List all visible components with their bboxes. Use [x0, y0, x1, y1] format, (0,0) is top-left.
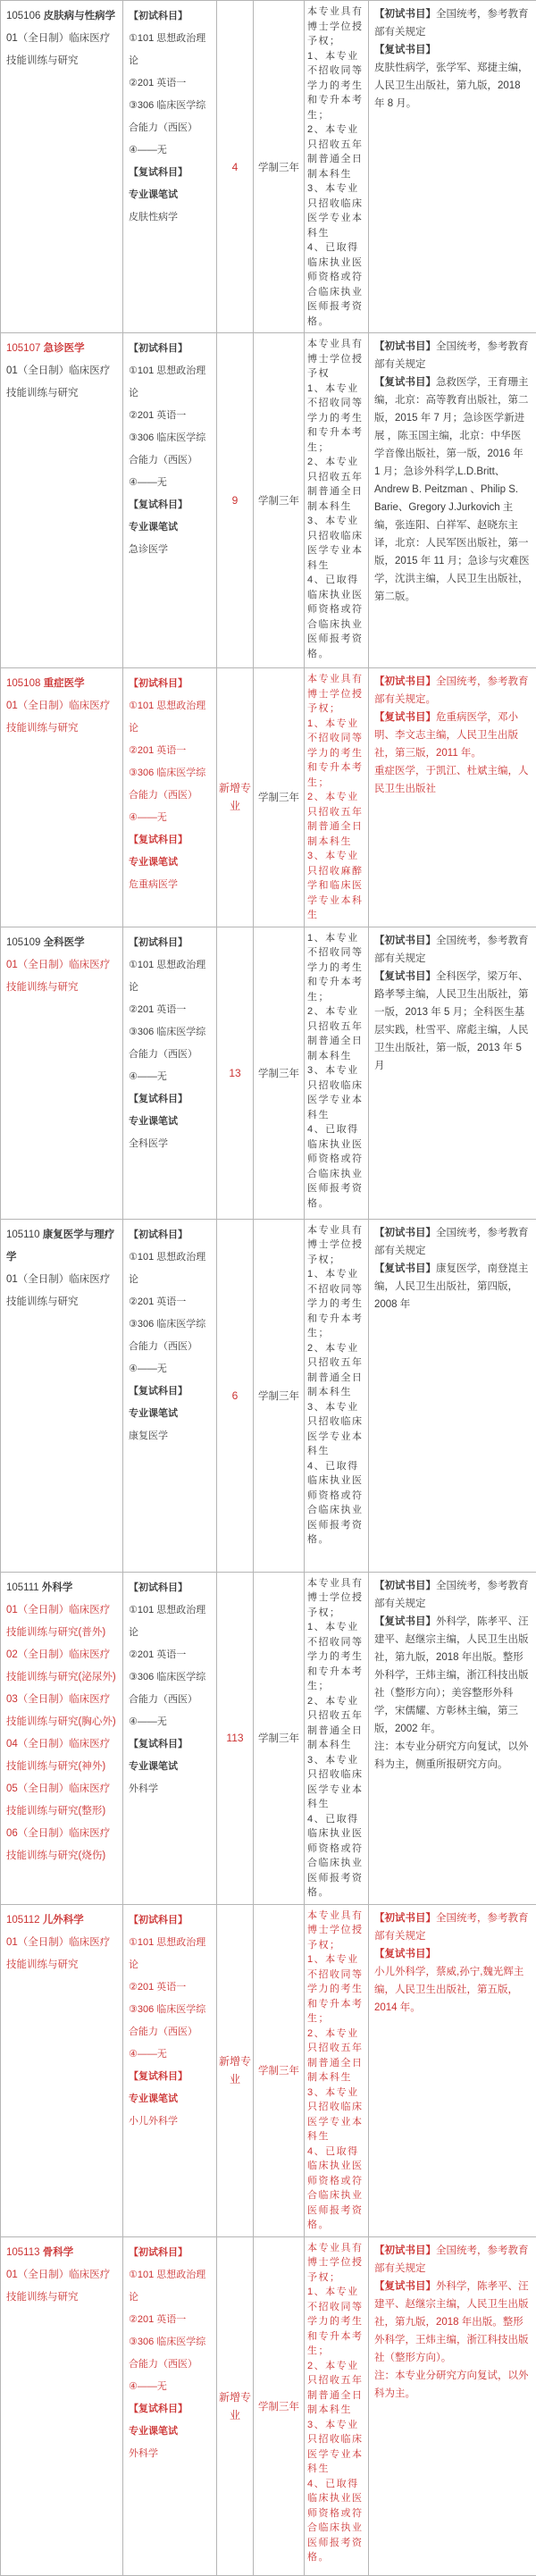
- book-section-label: 【初试书目】: [374, 341, 436, 352]
- subject-line: 【复试科目】: [129, 494, 211, 516]
- subjects-cell: 【初试科目】 ①101 思想政治理论 ②201 英语一 ③306 临床医学综合能…: [123, 2236, 217, 2575]
- specialty-row-105109: 105109 全科医学 01（全日制）临床医疗技能训练与研究 【初试科目】 ①1…: [1, 927, 536, 1219]
- subjects-cell: 【初试科目】 ①101 思想政治理论 ②201 英语一 ③306 临床医学综合能…: [123, 927, 217, 1219]
- subject-line: ④——无: [129, 1358, 211, 1380]
- book-paragraph: 重症医学，于凯江、杜斌主编，人民卫生出版社: [374, 762, 531, 798]
- enrollment-cell: 6: [217, 1219, 254, 1572]
- research-direction: 01（全日制）临床医疗技能训练与研究: [6, 1269, 117, 1313]
- note-line: 1、本专业不招收同等学力的考生和专升本考生；: [307, 1267, 365, 1341]
- subject-line: ②201 英语一: [129, 405, 211, 427]
- subject-line: 专业课笔试: [129, 516, 211, 539]
- enrollment-cell: 13: [217, 927, 254, 1219]
- subject-line: 【初试科目】: [129, 673, 211, 695]
- note-line: 3、本专业只招收临床医学专业本科生: [307, 1753, 365, 1812]
- book-section-label: 【复试书目】: [374, 1263, 436, 1274]
- specialty-code: 105107: [6, 343, 40, 354]
- specialty-title: 105107 急诊医学: [6, 338, 117, 360]
- subject-line: 【复试科目】: [129, 162, 211, 184]
- note-line: 3、本专业只招收临床医学专业本科生: [307, 1400, 365, 1459]
- books-cell: 【初试书目】全国统考，参考教育部有关规定。 【复试书目】危重病医学，邓小明、李文…: [369, 668, 536, 927]
- book-paragraph: 【复试书目】危重病医学，邓小明、李文志主编，人民卫生出版社，第三版，2011 年…: [374, 709, 531, 762]
- book-text: 外科学，陈孝平、汪建平、赵继宗主编，人民卫生出版社，第九版，2018 年出版。整…: [374, 2281, 529, 2363]
- subject-line: 【初试科目】: [129, 1224, 211, 1246]
- subject-line: 【初试科目】: [129, 5, 211, 28]
- book-text: 全科医学，梁万年、路孝琴主编，人民卫生出版社，第一版，2013 年 5 月；全科…: [374, 971, 529, 1071]
- book-paragraph: 注：本专业分研究方向复试，以外科为主。: [374, 2367, 531, 2403]
- book-text: 小儿外科学，蔡威,孙宁,魏光辉主编，人民卫生出版社，第五版，2014 年。: [374, 1967, 523, 2013]
- subjects-cell: 【初试科目】 ①101 思想政治理论 ②201 英语一 ③306 临床医学综合能…: [123, 1, 217, 333]
- specialty-row-105108: 105108 重症医学 01（全日制）临床医疗技能训练与研究 【初试科目】 ①1…: [1, 668, 536, 927]
- book-section-label: 【复试书目】: [374, 1616, 436, 1627]
- subject-line: ③306 临床医学综合能力（西医）: [129, 1999, 211, 2043]
- notes-cell: 本专业具有博士学位授予权； 1、本专业不招收同等学力的考生和专升本考生； 2、本…: [305, 668, 369, 927]
- subject-line: ②201 英语一: [129, 72, 211, 95]
- subjects-cell: 【初试科目】 ①101 思想政治理论 ②201 英语一 ③306 临床医学综合能…: [123, 1219, 217, 1572]
- specialty-title: 105112 儿外科学: [6, 1909, 117, 1932]
- note-line: 4、已取得临床执业医师资格或符合临床执业医师报考资格。: [307, 1459, 365, 1548]
- subject-line: 专业课笔试: [129, 2088, 211, 2110]
- note-line: 1、本专业不招收同等学力的考生和专升本考生；: [307, 1952, 365, 2026]
- subject-line: 【复试科目】: [129, 2398, 211, 2421]
- note-line: 本专业具有博士学位授予权；: [307, 2241, 365, 2286]
- specialty-cell: 105108 重症医学 01（全日制）临床医疗技能训练与研究: [1, 668, 123, 927]
- specialty-row-105111: 105111 外科学 01（全日制）临床医疗技能训练与研究(普外) 02（全日制…: [1, 1572, 536, 1904]
- duration-cell: 学制三年: [254, 333, 305, 668]
- specialty-name: 急诊医学: [44, 343, 85, 354]
- specialty-row-105107: 105107 急诊医学 01（全日制）临床医疗技能训练与研究 【初试科目】 ①1…: [1, 333, 536, 668]
- notes-cell: 本专业具有博士学位授予权； 1、本专业不招收同等学力的考生和专升本考生； 2、本…: [305, 1219, 369, 1572]
- books-cell: 【初试书目】全国统考，参考教育部有关规定 【复试书目】 小儿外科学，蔡威,孙宁,…: [369, 1904, 536, 2236]
- books-cell: 【初试书目】全国统考，参考教育部有关规定 【复试书目】外科学，陈孝平、汪建平、赵…: [369, 1572, 536, 1904]
- note-line: 本专业具有博士学位授予权: [307, 337, 365, 382]
- specialty-title: 105111 外科学: [6, 1577, 117, 1599]
- subject-line: 全科医学: [129, 1133, 211, 1155]
- specialty-row-105110: 105110 康复医学与理疗学 01（全日制）临床医疗技能训练与研究 【初试科目…: [1, 1219, 536, 1572]
- subject-line: ④——无: [129, 1066, 211, 1088]
- subject-line: 外科学: [129, 2443, 211, 2465]
- note-line: 3、本专业只招收临床医学专业本科生: [307, 2085, 365, 2144]
- research-direction: 01（全日制）临床医疗技能训练与研究: [6, 954, 117, 999]
- specialty-row-105112: 105112 儿外科学 01（全日制）临床医疗技能训练与研究 【初试科目】 ①1…: [1, 1904, 536, 2236]
- note-line: 1、本专业不招收同等学力的考生和专升本考生；: [307, 2285, 365, 2359]
- research-direction: 01（全日制）临床医疗技能训练与研究: [6, 28, 117, 72]
- subject-line: 外科学: [129, 1778, 211, 1800]
- book-text: 重症医学，于凯江、杜斌主编，人民卫生出版社: [374, 766, 529, 794]
- subject-line: 【初试科目】: [129, 1577, 211, 1599]
- subject-line: 【复试科目】: [129, 2066, 211, 2088]
- enrollment-count: 新增专业: [219, 2052, 251, 2088]
- specialty-code: 105113: [6, 2247, 40, 2258]
- book-text: 急救医学，王育珊主编，北京：高等教育出版社，第二版，2015 年 7 月；急诊医…: [374, 377, 530, 602]
- research-direction: 01（全日制）临床医疗技能训练与研究(普外): [6, 1599, 117, 1644]
- research-direction: 06（全日制）临床医疗技能训练与研究(烧伤): [6, 1823, 117, 1867]
- notes-cell: 本专业具有博士学位授予权 1、本专业不招收同等学力的考生和专升本考生； 2、本专…: [305, 333, 369, 668]
- enrollment-count: 13: [219, 1064, 251, 1082]
- subject-line: ③306 临床医学综合能力（西医）: [129, 427, 211, 472]
- research-direction: 02（全日制）临床医疗技能训练与研究(泌尿外): [6, 1644, 117, 1689]
- enrollment-count: 9: [219, 491, 251, 509]
- subject-line: ②201 英语一: [129, 999, 211, 1021]
- page: { "colors": { "red": "#cc3232", "text": …: [0, 0, 536, 2576]
- book-paragraph: 【初试书目】全国统考，参考教育部有关规定: [374, 338, 531, 373]
- subjects-cell: 【初试科目】 ①101 思想政治理论 ②201 英语一 ③306 临床医学综合能…: [123, 333, 217, 668]
- book-section-label: 【初试书目】: [374, 676, 436, 687]
- research-direction: 01（全日制）临床医疗技能训练与研究: [6, 1932, 117, 1976]
- specialty-title: 105110 康复医学与理疗学: [6, 1224, 117, 1269]
- book-paragraph: 小儿外科学，蔡威,孙宁,魏光辉主编，人民卫生出版社，第五版，2014 年。: [374, 1963, 531, 2017]
- duration-cell: 学制三年: [254, 1572, 305, 1904]
- duration-cell: 学制三年: [254, 1219, 305, 1572]
- book-section-label: 【复试书目】: [374, 971, 436, 982]
- note-line: 3、本专业只招收麻醉学和临床医学专业本科生: [307, 849, 365, 923]
- book-paragraph: 【初试书目】全国统考，参考教育部有关规定: [374, 932, 531, 968]
- note-line: 2、本专业只招收五年制普通全日制本科生: [307, 1004, 365, 1063]
- note-line: 2、本专业只招收五年制普通全日制本科生: [307, 2359, 365, 2418]
- enrollment-cell: 新增专业: [217, 1904, 254, 2236]
- specialty-cell: 105111 外科学 01（全日制）临床医疗技能训练与研究(普外) 02（全日制…: [1, 1572, 123, 1904]
- note-line: 1、本专业不招收同等学力的考生和专升本考生；: [307, 382, 365, 456]
- subject-line: ③306 临床医学综合能力（西医）: [129, 1021, 211, 1066]
- specialty-title: 105108 重症医学: [6, 673, 117, 695]
- book-paragraph: 注：本专业分研究方向复试，以外科为主，侧重所报研究方向。: [374, 1738, 531, 1774]
- research-direction: 01（全日制）临床医疗技能训练与研究: [6, 2264, 117, 2309]
- subject-line: ①101 思想政治理论: [129, 28, 211, 72]
- duration-label: 学制三年: [255, 160, 302, 174]
- specialty-code: 105111: [6, 1582, 39, 1593]
- specialty-cell: 105112 儿外科学 01（全日制）临床医疗技能训练与研究: [1, 1904, 123, 2236]
- note-line: 本专业具有博士学位授予权；: [307, 4, 365, 49]
- duration-label: 学制三年: [255, 2063, 302, 2077]
- book-text: 皮肤性病学，张学军、郑捷主编，人民卫生出版社，第九版，2018 年 8 月。: [374, 63, 529, 109]
- books-cell: 【初试书目】全国统考，参考教育部有关规定 【复试书目】急救医学，王育珊主编，北京…: [369, 333, 536, 668]
- duration-label: 学制三年: [255, 2399, 302, 2413]
- enrollment-count: 新增专业: [219, 2388, 251, 2424]
- subjects-cell: 【初试科目】 ①101 思想政治理论 ②201 英语一 ③306 临床医学综合能…: [123, 1904, 217, 2236]
- research-direction: 01（全日制）临床医疗技能训练与研究: [6, 695, 117, 740]
- subject-line: 小儿外科学: [129, 2110, 211, 2133]
- enrollment-cell: 4: [217, 1, 254, 333]
- subject-line: ③306 临床医学综合能力（西医）: [129, 95, 211, 139]
- note-line: 4、已取得临床执业医师资格或符合临床执业医师报考资格。: [307, 2144, 365, 2233]
- subject-line: ③306 临床医学综合能力（西医）: [129, 1666, 211, 1711]
- book-section-label: 【复试书目】: [374, 377, 436, 388]
- note-line: 2、本专业只招收五年制普通全日制本科生: [307, 122, 365, 181]
- note-line: 2、本专业只招收五年制普通全日制本科生: [307, 455, 365, 514]
- research-direction: 05（全日制）临床医疗技能训练与研究(整形): [6, 1778, 117, 1823]
- subject-line: ④——无: [129, 2376, 211, 2398]
- enrollment-cell: 新增专业: [217, 2236, 254, 2575]
- books-cell: 【初试书目】全国统考，参考教育部有关规定 【复试书目】全科医学，梁万年、路孝琴主…: [369, 927, 536, 1219]
- specialty-title: 105106 皮肤病与性病学: [6, 5, 117, 28]
- subject-line: ①101 思想政治理论: [129, 360, 211, 405]
- specialty-name: 儿外科学: [43, 1915, 84, 1926]
- subject-line: ①101 思想政治理论: [129, 695, 211, 740]
- subject-line: ④——无: [129, 2043, 211, 2066]
- specialty-name: 全科医学: [44, 937, 85, 948]
- book-paragraph: 【初试书目】全国统考，参考教育部有关规定: [374, 1909, 531, 1945]
- note-line: 3、本专业只招收临床医学专业本科生: [307, 514, 365, 573]
- note-line: 1、本专业不招收同等学力的考生和专升本考生；: [307, 49, 365, 123]
- specialty-row-105113: 105113 骨科学 01（全日制）临床医疗技能训练与研究 【初试科目】 ①10…: [1, 2236, 536, 2575]
- note-line: 2、本专业只招收五年制普通全日制本科生: [307, 1341, 365, 1400]
- book-section-label: 【初试书目】: [374, 1581, 436, 1591]
- enrollment-count: 6: [219, 1387, 251, 1405]
- book-paragraph: 【复试书目】急救医学，王育珊主编，北京：高等教育出版社，第二版，2015 年 7…: [374, 373, 531, 606]
- note-line: 1、本专业不招收同等学力的考生和专升本考生；: [307, 1620, 365, 1694]
- note-line: 2、本专业只招收五年制普通全日制本科生: [307, 2026, 365, 2085]
- specialty-code: 105112: [6, 1915, 40, 1926]
- book-section-label: 【复试书目】: [374, 1949, 436, 1959]
- note-line: 本专业具有博士学位授予权；: [307, 672, 365, 717]
- duration-cell: 学制三年: [254, 668, 305, 927]
- subject-line: ②201 英语一: [129, 1976, 211, 1999]
- book-paragraph: 【初试书目】全国统考，参考教育部有关规定。: [374, 673, 531, 709]
- book-section-label: 【初试书目】: [374, 1913, 436, 1924]
- book-section-label: 【初试书目】: [374, 2245, 436, 2256]
- duration-label: 学制三年: [255, 1731, 302, 1745]
- note-line: 1、本专业不招收同等学力的考生和专升本考生；: [307, 717, 365, 791]
- subject-line: ④——无: [129, 139, 211, 162]
- book-section-label: 【复试书目】: [374, 45, 436, 55]
- note-line: 4、已取得临床执业医师资格或符合临床执业医师报考资格。: [307, 1122, 365, 1211]
- specialty-cell: 105110 康复医学与理疗学 01（全日制）临床医疗技能训练与研究: [1, 1219, 123, 1572]
- subject-line: ④——无: [129, 807, 211, 829]
- subject-line: ①101 思想政治理论: [129, 954, 211, 999]
- note-line: 1、本专业不招收同等学力的考生和专升本考生；: [307, 931, 365, 1005]
- specialty-cell: 105107 急诊医学 01（全日制）临床医疗技能训练与研究: [1, 333, 123, 668]
- specialty-cell: 105109 全科医学 01（全日制）临床医疗技能训练与研究: [1, 927, 123, 1219]
- duration-label: 学制三年: [255, 493, 302, 508]
- notes-cell: 本专业具有博士学位授予权； 1、本专业不招收同等学力的考生和专升本考生； 2、本…: [305, 1, 369, 333]
- subject-line: ②201 英语一: [129, 1644, 211, 1666]
- book-section-label: 【复试书目】: [374, 2281, 436, 2292]
- book-paragraph: 【复试书目】外科学，陈孝平、汪建平、赵继宗主编，人民卫生出版社，第九版，2018…: [374, 2278, 531, 2367]
- enrollment-count: 新增专业: [219, 779, 251, 815]
- book-paragraph: 【复试书目】外科学，陈孝平、汪建平、赵继宗主编，人民卫生出版社，第九版，2018…: [374, 1613, 531, 1738]
- subject-line: 【初试科目】: [129, 338, 211, 360]
- subject-line: 【复试科目】: [129, 1733, 211, 1756]
- book-paragraph: 【初试书目】全国统考，参考教育部有关规定: [374, 2242, 531, 2278]
- specialty-code: 105110: [6, 1229, 40, 1240]
- enrollment-count: 4: [219, 158, 251, 176]
- subject-line: 专业课笔试: [129, 1403, 211, 1425]
- specialty-name: 骨科学: [43, 2247, 74, 2258]
- subject-line: ①101 思想政治理论: [129, 1599, 211, 1644]
- subject-line: ④——无: [129, 1711, 211, 1733]
- specialty-name: 重症医学: [44, 678, 85, 689]
- book-paragraph: 【复试书目】全科医学，梁万年、路孝琴主编，人民卫生出版社，第一版，2013 年 …: [374, 968, 531, 1075]
- specialty-title: 105113 骨科学: [6, 2242, 117, 2264]
- note-line: 本专业具有博士学位授予权；: [307, 1223, 365, 1268]
- notes-cell: 本专业具有博士学位授予权； 1、本专业不招收同等学力的考生和专升本考生； 2、本…: [305, 1904, 369, 2236]
- subject-line: ①101 思想政治理论: [129, 1246, 211, 1291]
- subject-line: 【初试科目】: [129, 1909, 211, 1932]
- subjects-cell: 【初试科目】 ①101 思想政治理论 ②201 英语一 ③306 临床医学综合能…: [123, 668, 217, 927]
- research-direction: 01（全日制）临床医疗技能训练与研究: [6, 360, 117, 405]
- specialty-row-105106: 105106 皮肤病与性病学 01（全日制）临床医疗技能训练与研究 【初试科目】…: [1, 1, 536, 333]
- enrollment-cell: 9: [217, 333, 254, 668]
- subject-line: 危重病医学: [129, 874, 211, 896]
- duration-cell: 学制三年: [254, 2236, 305, 2575]
- subject-line: ④——无: [129, 472, 211, 494]
- subject-line: 专业课笔试: [129, 1111, 211, 1133]
- notes-cell: 本专业具有博士学位授予权； 1、本专业不招收同等学力的考生和专升本考生； 2、本…: [305, 2236, 369, 2575]
- subject-line: 【复试科目】: [129, 829, 211, 852]
- subject-line: 专业课笔试: [129, 184, 211, 206]
- note-line: 2、本专业只招收五年制普通全日制本科生: [307, 790, 365, 849]
- specialty-cell: 105113 骨科学 01（全日制）临床医疗技能训练与研究: [1, 2236, 123, 2575]
- subject-line: 【初试科目】: [129, 2242, 211, 2264]
- subject-line: ①101 思想政治理论: [129, 1932, 211, 1976]
- research-direction: 04（全日制）临床医疗技能训练与研究(神外): [6, 1733, 117, 1778]
- book-section-label: 【初试书目】: [374, 936, 436, 946]
- research-direction: 03（全日制）临床医疗技能训练与研究(胸心外): [6, 1689, 117, 1733]
- book-section-label: 【复试书目】: [374, 712, 436, 723]
- note-line: 本专业具有博士学位授予权；: [307, 1909, 365, 1953]
- subject-line: 急诊医学: [129, 539, 211, 561]
- duration-label: 学制三年: [255, 790, 302, 804]
- subject-line: ②201 英语一: [129, 2309, 211, 2331]
- subject-line: 专业课笔试: [129, 2421, 211, 2443]
- duration-cell: 学制三年: [254, 1, 305, 333]
- subject-line: 专业课笔试: [129, 852, 211, 874]
- subject-line: ②201 英语一: [129, 740, 211, 762]
- book-paragraph: 【复试书目】康复医学，南登崑主编，人民卫生出版社，第四版，2008 年: [374, 1260, 531, 1313]
- specialty-cell: 105106 皮肤病与性病学 01（全日制）临床医疗技能训练与研究: [1, 1, 123, 333]
- book-paragraph: 【初试书目】全国统考，参考教育部有关规定: [374, 1577, 531, 1613]
- subject-line: 【初试科目】: [129, 932, 211, 954]
- subject-line: ②201 英语一: [129, 1291, 211, 1313]
- subjects-cell: 【初试科目】 ①101 思想政治理论 ②201 英语一 ③306 临床医学综合能…: [123, 1572, 217, 1904]
- subject-line: 皮肤性病学: [129, 206, 211, 229]
- duration-cell: 学制三年: [254, 1904, 305, 2236]
- specialty-name: 外科学: [42, 1582, 73, 1593]
- book-section-label: 【初试书目】: [374, 9, 436, 20]
- duration-label: 学制三年: [255, 1389, 302, 1403]
- note-line: 2、本专业只招收五年制普通全日制本科生: [307, 1694, 365, 1753]
- specialty-code: 105106: [6, 11, 40, 21]
- note-line: 3、本专业只招收临床医学专业本科生: [307, 181, 365, 240]
- note-line: 3、本专业只招收临床医学专业本科生: [307, 2418, 365, 2477]
- notes-cell: 本专业具有博士学位授予权； 1、本专业不招收同等学力的考生和专升本考生； 2、本…: [305, 1572, 369, 1904]
- note-line: 本专业具有博士学位授予权；: [307, 1576, 365, 1621]
- admissions-table: 105106 皮肤病与性病学 01（全日制）临床医疗技能训练与研究 【初试科目】…: [0, 0, 536, 2576]
- duration-label: 学制三年: [255, 1066, 302, 1080]
- book-paragraph: 【初试书目】全国统考，参考教育部有关规定: [374, 1224, 531, 1260]
- note-line: 4、已取得临床执业医师资格或符合临床执业医师报考资格。: [307, 573, 365, 661]
- subject-line: 专业课笔试: [129, 1756, 211, 1778]
- book-paragraph: 【复试书目】: [374, 41, 531, 59]
- book-text: 外科学，陈孝平、汪建平、赵继宗主编，人民卫生出版社，第九版，2018 年出版。整…: [374, 1616, 529, 1734]
- book-paragraph: 【复试书目】: [374, 1945, 531, 1963]
- specialty-code: 105108: [6, 678, 40, 689]
- book-paragraph: 【初试书目】全国统考，参考教育部有关规定: [374, 5, 531, 41]
- specialty-code: 105109: [6, 937, 40, 948]
- subject-line: ③306 临床医学综合能力（西医）: [129, 2331, 211, 2376]
- specialty-title: 105109 全科医学: [6, 932, 117, 954]
- duration-cell: 学制三年: [254, 927, 305, 1219]
- note-line: 3、本专业只招收临床医学专业本科生: [307, 1063, 365, 1122]
- subject-line: ③306 临床医学综合能力（西医）: [129, 762, 211, 807]
- subject-line: 康复医学: [129, 1425, 211, 1447]
- subject-line: 【复试科目】: [129, 1380, 211, 1403]
- book-text: 注：本专业分研究方向复试，以外科为主。: [374, 2370, 529, 2399]
- notes-cell: 1、本专业不招收同等学力的考生和专升本考生； 2、本专业只招收五年制普通全日制本…: [305, 927, 369, 1219]
- subject-line: 【复试科目】: [129, 1088, 211, 1111]
- enrollment-count: 113: [219, 1729, 251, 1747]
- books-cell: 【初试书目】全国统考，参考教育部有关规定 【复试书目】 皮肤性病学，张学军、郑捷…: [369, 1, 536, 333]
- book-section-label: 【初试书目】: [374, 1228, 436, 1238]
- books-cell: 【初试书目】全国统考，参考教育部有关规定 【复试书目】康复医学，南登崑主编，人民…: [369, 1219, 536, 1572]
- note-line: 4、已取得临床执业医师资格或符合临床执业医师报考资格。: [307, 2477, 365, 2565]
- book-paragraph: 皮肤性病学，张学军、郑捷主编，人民卫生出版社，第九版，2018 年 8 月。: [374, 59, 531, 113]
- note-line: 4、已取得临床执业医师资格或符合临床执业医师报考资格。: [307, 240, 365, 329]
- note-line: 4、已取得临床执业医师资格或符合临床执业医师报考资格。: [307, 1812, 365, 1901]
- book-text: 注：本专业分研究方向复试，以外科为主，侧重所报研究方向。: [374, 1741, 529, 1770]
- subject-line: ③306 临床医学综合能力（西医）: [129, 1313, 211, 1358]
- specialty-name: 皮肤病与性病学: [44, 11, 116, 21]
- subject-line: ①101 思想政治理论: [129, 2264, 211, 2309]
- books-cell: 【初试书目】全国统考，参考教育部有关规定 【复试书目】外科学，陈孝平、汪建平、赵…: [369, 2236, 536, 2575]
- enrollment-cell: 新增专业: [217, 668, 254, 927]
- enrollment-cell: 113: [217, 1572, 254, 1904]
